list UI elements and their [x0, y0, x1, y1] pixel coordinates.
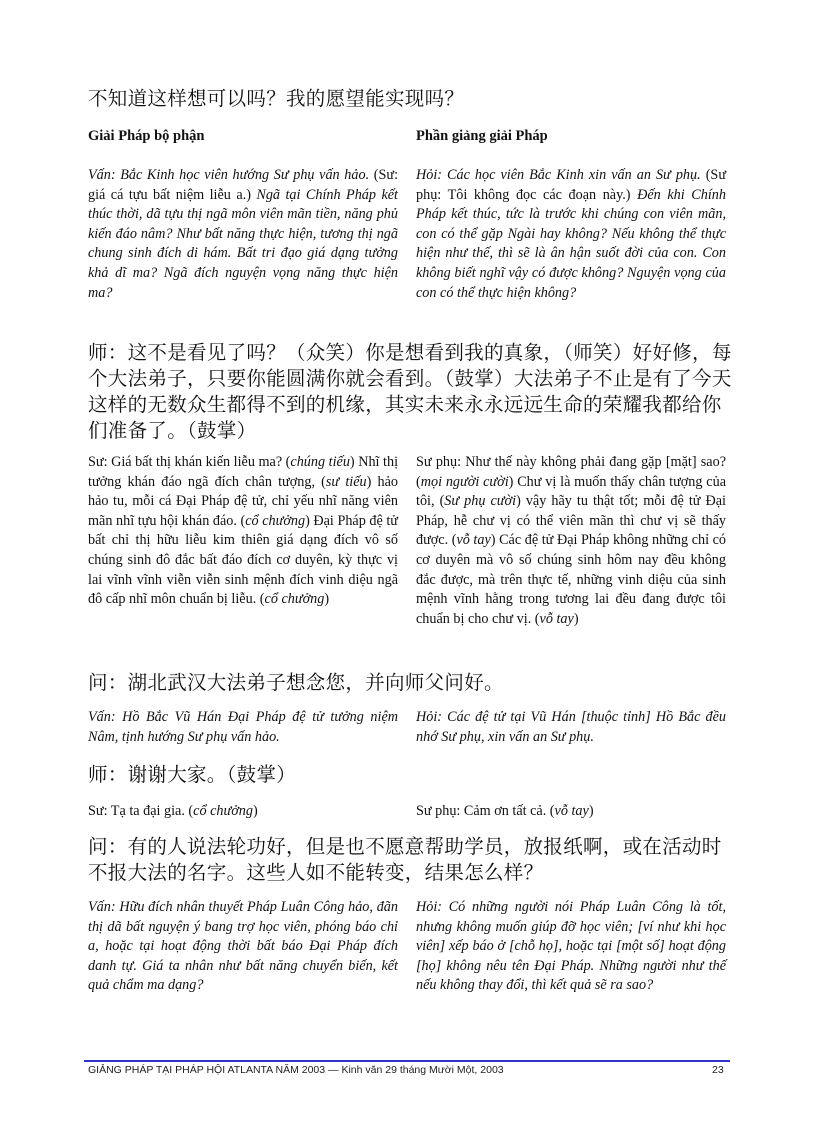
answer-2-left: Sư: Tạ ta đại gia. (cổ chưởng): [88, 802, 398, 822]
question-2-right: Hỏi: Các đệ tử tại Vũ Hán [thuộc tỉnh] H…: [416, 708, 726, 747]
stage-direction: Sư phụ cười: [444, 493, 516, 509]
stage-direction: sư tiếu: [326, 474, 367, 490]
question-3-left: Vấn: Hữu đích nhân thuyết Pháp Luân Công…: [88, 898, 398, 996]
text-run: Sư: Tạ ta đại gia. (: [88, 803, 193, 819]
document-page: 不知道这样想可以吗？我的愿望能实现吗？ Giải Pháp bộ phận Ph…: [0, 0, 816, 1123]
question-1-right: Hỏi: Các học viên Bắc Kinh xin vấn an Sư…: [416, 166, 726, 303]
question-1-chinese: 不知道这样想可以吗？我的愿望能实现吗？: [88, 86, 734, 112]
stage-direction: vỗ tay: [555, 803, 589, 819]
question-3-chinese: 问：有的人说法轮功好，但是也不愿意帮助学员，放报纸啊，或在活动时不报大法的名字。…: [88, 834, 734, 886]
column-header-right: Phần giảng giải Pháp: [416, 127, 726, 147]
text-run: ): [324, 591, 329, 607]
answer-2-chinese: 师：谢谢大家。（鼓掌）: [88, 762, 734, 788]
text-run: ): [589, 803, 594, 819]
footer-rule: [84, 1060, 730, 1062]
answer-1-left: Sư: Giá bất thị khán kiến liễu ma? (chún…: [88, 453, 398, 610]
text-run: Sư: Giá bất thị khán kiến liễu ma? (: [88, 454, 290, 470]
stage-direction: cổ chưởng: [193, 803, 253, 819]
question-3-right: Hỏi: Có những người nói Pháp Luân Công l…: [416, 898, 726, 996]
answer-1-chinese: 师：这不是看见了吗？（众笑）你是想看到我的真象，（师笑）好好修，每个大法弟子，只…: [88, 340, 734, 444]
stage-direction: mọi người cười: [421, 474, 509, 490]
question-1-right-intro: Hỏi: Các học viên Bắc Kinh xin vấn an Sư…: [416, 167, 701, 183]
stage-direction: chúng tiếu: [290, 454, 350, 470]
answer-1-right: Sư phụ: Như thế này không phải đang gặp …: [416, 453, 726, 629]
stage-direction: vỗ tay: [540, 611, 574, 627]
answer-2-right: Sư phụ: Cảm ơn tất cả. (vỗ tay): [416, 802, 726, 822]
text-run: ): [253, 803, 258, 819]
question-2-chinese: 问：湖北武汉大法弟子想念您，并向师父问好。: [88, 670, 734, 696]
question-1-left-body: Ngã tại Chính Pháp kết thúc thời, dã tựu…: [88, 187, 398, 301]
question-1-left-intro: Vấn: Bắc Kinh học viên hướng Sư phụ vấn …: [88, 167, 369, 183]
question-1-left: Vấn: Bắc Kinh học viên hướng Sư phụ vấn …: [88, 166, 398, 303]
text-run: Sư phụ: Cảm ơn tất cả. (: [416, 803, 555, 819]
column-header-left: Giải Pháp bộ phận: [88, 127, 398, 147]
question-1-right-body: Đến khi Chính Pháp kết thúc, tức là trướ…: [416, 187, 726, 301]
question-2-left: Vấn: Hồ Bắc Vũ Hán Đại Pháp đệ tử tưởng …: [88, 708, 398, 747]
page-number: 23: [712, 1064, 724, 1076]
stage-direction: cổ chưởng: [265, 591, 325, 607]
stage-direction: vỗ tay: [456, 532, 490, 548]
text-run: ): [574, 611, 579, 627]
stage-direction: cổ chưởng: [245, 513, 305, 529]
footer-title: GIẢNG PHÁP TẠI PHÁP HỘI ATLANTA NĂM 2003…: [88, 1064, 504, 1076]
